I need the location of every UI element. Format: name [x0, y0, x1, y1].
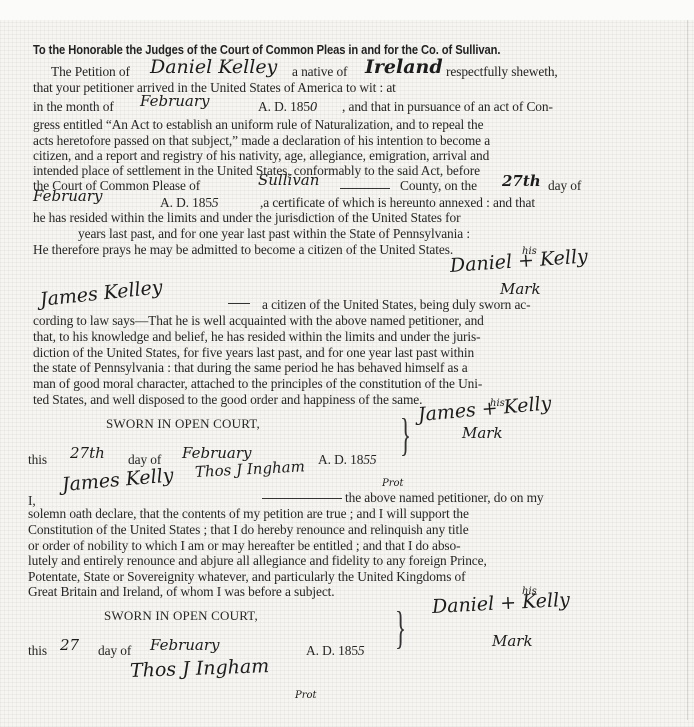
- petition-native-of: a native of: [292, 64, 347, 79]
- county-handwritten: Sullivan: [258, 171, 319, 189]
- witness-day-handwritten: 27th: [70, 444, 105, 462]
- witness-month-handwritten: February: [182, 444, 252, 462]
- witness-signature-mark: Mark: [462, 424, 503, 442]
- petition-month-label: in the month of: [33, 99, 114, 114]
- petition-signature-mark: Mark: [500, 280, 541, 298]
- witness-signature-name: James + Kelly: [417, 392, 552, 426]
- page-edge: [687, 20, 688, 720]
- witness-line-3: that, to his knowledge and belief, he ha…: [33, 329, 481, 344]
- petition-line-9-suffix: ,a certificate of which is hereunto anne…: [260, 195, 535, 210]
- petition-line-5: acts heretofore passed on that subject,”…: [33, 133, 490, 148]
- petition-month2-handwritten: February: [33, 187, 103, 205]
- witness-year-handwritten: 55: [363, 452, 376, 467]
- oath-day-handwritten: 27: [60, 636, 79, 654]
- witness-line-4: diction of the United States, for five y…: [33, 345, 474, 360]
- oath-this-label: this: [28, 643, 47, 658]
- witness-clerk-title: Prot: [382, 478, 404, 489]
- petition-line-6: citizen, and a report and registry of hi…: [33, 148, 489, 163]
- oath-year-digit-handwritten: 5: [358, 643, 365, 658]
- top-margin: [0, 0, 694, 20]
- witness-line-5: the state of Pennsylvania : that during …: [33, 360, 468, 375]
- witness-this-label: this: [28, 452, 47, 467]
- oath-name-handwritten: James Kelly: [61, 464, 174, 496]
- blank-rule: [262, 498, 342, 499]
- oath-ad: A. D. 1855: [306, 643, 365, 658]
- oath-line-3: Constitution of the United States ; that…: [28, 522, 469, 537]
- oath-line-4: or order of nobility to which I am or ma…: [28, 538, 461, 553]
- petition-line-3-suffix: , and that in pursuance of an act of Con…: [342, 99, 553, 114]
- petition-day-handwritten: 27th: [502, 172, 541, 190]
- petition-day-of: day of: [548, 178, 581, 193]
- blank-rule: [340, 188, 390, 189]
- oath-clerk-signature: Thos J Ingham: [130, 655, 270, 682]
- oath-line-2: solemn oath declare, that the contents o…: [28, 506, 469, 521]
- blank-rule: [228, 303, 250, 304]
- oath-line-1: the above named petitioner, do on my: [345, 490, 544, 505]
- oath-sworn-heading: SWORN IN OPEN COURT,: [104, 608, 258, 623]
- witness-ad: A. D. 1855: [318, 452, 377, 467]
- oath-signature-mark: Mark: [492, 632, 533, 650]
- petition-line-11: years last past, and for one year last p…: [78, 226, 470, 241]
- oath-brace: }: [395, 605, 406, 651]
- petition-year2-digit-handwritten: 5: [212, 195, 219, 210]
- arrival-year-digit-handwritten: 0: [310, 100, 318, 114]
- petition-line-2: that your petitioner arrived in the Unit…: [33, 80, 396, 95]
- witness-line-7: ted States, and well disposed to the goo…: [33, 392, 422, 407]
- witness-line-6: man of good moral character, attached to…: [33, 376, 482, 391]
- oath-month-handwritten: February: [150, 636, 220, 654]
- oath-line-5: lutely and entirely renounce and abjure …: [28, 553, 487, 568]
- petition-ad2-label: A. D. 185: [160, 195, 212, 210]
- witness-brace: }: [400, 412, 411, 458]
- oath-clerk-title: Prot: [295, 690, 317, 701]
- native-country-handwritten: Ireland: [365, 56, 443, 78]
- arrival-ad-label: A. D. 185: [258, 99, 310, 114]
- witness-line-2: cording to law says—That he is well acqu…: [33, 313, 484, 328]
- oath-line-7: Great Britain and Ireland, of whom I was…: [28, 584, 335, 599]
- petition-line-10: he has resided within the limits and und…: [33, 210, 460, 225]
- witness-name-handwritten: James Kelley: [39, 276, 164, 311]
- oath-signature-name: Daniel + Kelly: [431, 589, 570, 618]
- petitioner-name-handwritten: Daniel Kelley: [150, 56, 277, 78]
- petition-line-1: The Petition of: [51, 64, 130, 79]
- document-heading: To the Honorable the Judges of the Court…: [33, 42, 500, 57]
- oath-day-of: day of: [98, 643, 131, 658]
- witness-line-1: a citizen of the United States, being du…: [262, 297, 531, 312]
- arrival-month-handwritten: February: [140, 92, 210, 110]
- petition-ad2: A. D. 1855: [160, 195, 219, 210]
- document-page: To the Honorable the Judges of the Court…: [0, 0, 694, 727]
- petition-line-12: He therefore prays he may be admitted to…: [33, 242, 453, 257]
- petition-line-7: intended place of settlement in the Unit…: [33, 163, 480, 178]
- petition-line-4: gress entitled “An Act to establish an u…: [33, 117, 483, 132]
- oath-line-6: Potentate, State or Sovereignity whateve…: [28, 569, 466, 584]
- petition-prefix: The Petition of: [51, 64, 130, 79]
- witness-sworn-heading: SWORN IN OPEN COURT,: [106, 416, 260, 431]
- arrival-ad: A. D. 1850: [258, 99, 317, 115]
- witness-ad-label: A. D. 18: [318, 452, 363, 467]
- petition-signature-name: Daniel + Kelly: [449, 245, 588, 277]
- oath-ad-label: A. D. 185: [306, 643, 358, 658]
- petition-sheweth: respectfully sheweth,: [446, 64, 558, 79]
- petition-county-label: County, on the: [400, 178, 477, 193]
